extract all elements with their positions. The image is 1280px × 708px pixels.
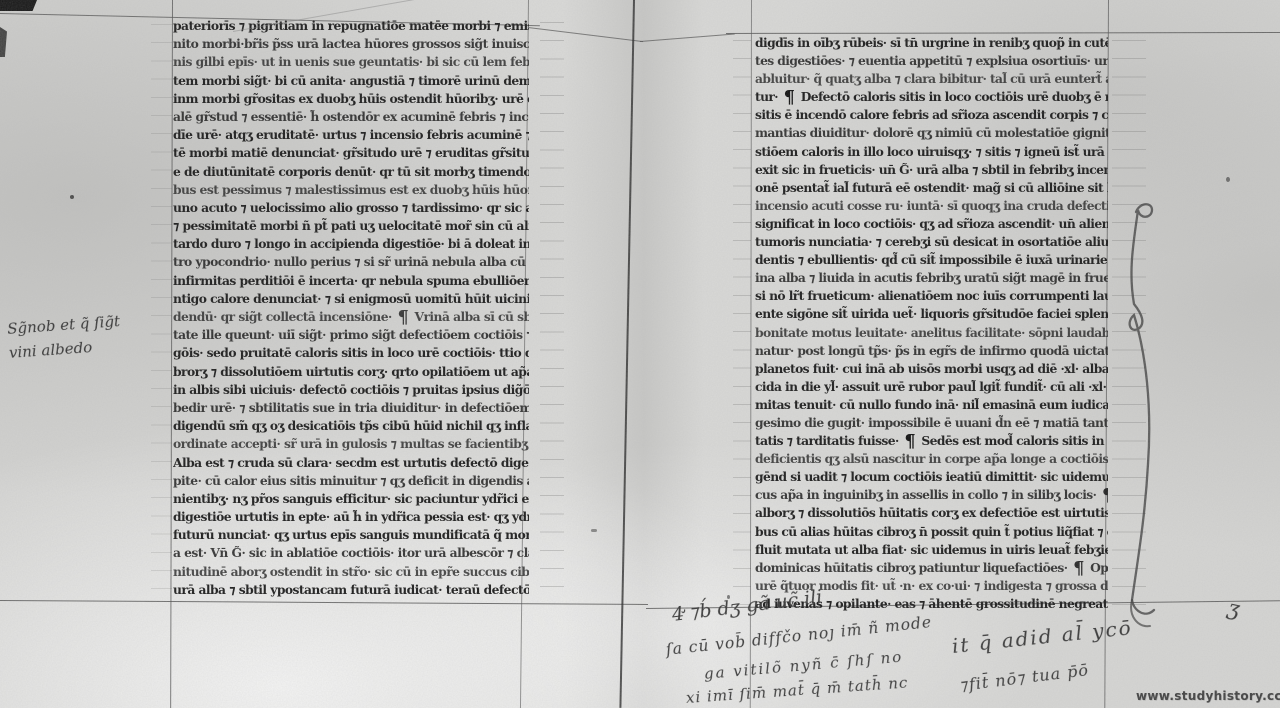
manuscript-text-line: bus est pessimus ⁊ malestissimus est ex … xyxy=(173,181,529,199)
manuscript-text-line: si nō lr̃t frueticum· alienatiōem noc iu… xyxy=(755,287,1108,305)
manuscript-text-line: incensio acuti cosse ru· iuntā· sī quoqʒ… xyxy=(755,197,1108,215)
ink-speck xyxy=(70,195,74,199)
manuscript-text-line: tatis ⁊ tarditatis fuisse· ¶ Sedēs est m… xyxy=(755,432,1108,450)
gutter-fold-line xyxy=(619,0,635,708)
manuscript-text-line: futurū nunciat· qʒ urtus epīs sanguis mu… xyxy=(173,526,529,544)
margin-flourish-decoration xyxy=(1112,196,1192,640)
ink-speck xyxy=(591,529,597,532)
manuscript-text-line: natur· post longū tp̃s· p̃s in egr̃s de … xyxy=(755,342,1108,360)
line-ticks-right-page-right-margin xyxy=(1112,40,1146,606)
manuscript-text-line: gēnd si uadit ⁊ locum coctiōis ieatiū di… xyxy=(755,468,1108,486)
manuscript-text-line: ⁊ pessimitatē morbi ñ pt̃ pati uʒ ueloci… xyxy=(173,217,529,235)
cursive-annotation: ʒ xyxy=(1226,595,1243,621)
pilcrow-mark: ¶ xyxy=(1071,559,1086,577)
manuscript-text-line: uno acuto ⁊ uelocissimo alio grosso ⁊ ta… xyxy=(173,199,529,217)
manuscript-text-line: digdīs in oībʒ rūbeis· sī tn̄ urgrine in… xyxy=(755,34,1108,52)
left-page-text-column: pateriorīs ⁊ pigritiam in repugnatiōe ma… xyxy=(173,17,529,599)
ink-speck xyxy=(1226,177,1230,182)
manuscript-text-line: a est· Vn̄ G̃· sic in ablatiōe coctiōis·… xyxy=(173,544,529,562)
manuscript-text-line: digestiōe urtutis in epte· aū h̃ in ydr̃… xyxy=(173,508,529,526)
marginal-gloss: Sg̃nob et q̃ ſig̃t vini albedo xyxy=(6,309,122,365)
line-ticks-left-page-left-margin xyxy=(151,24,172,596)
manuscript-text-line: gōis· sedo pruitatē caloris sitis in loc… xyxy=(173,344,529,362)
manuscript-text-line: abluitur· q̃ quatʒ alba ⁊ clara bibitur·… xyxy=(755,70,1108,88)
manuscript-text-line: infirmitas perditiōi ē incerta· qr nebul… xyxy=(173,272,529,290)
manuscript-text-line: cus ap̃a in inguinibʒ in assellis in col… xyxy=(755,486,1108,504)
manuscript-text-line: ina alba ⁊ liuida in acutis febribʒ urat… xyxy=(755,269,1108,287)
pilcrow-mark: ¶ xyxy=(395,308,410,326)
manuscript-photo: pateriorīs ⁊ pigritiam in repugnatiōe ma… xyxy=(0,0,1280,708)
manuscript-text-line: dominicas hūitatis cibroʒ patiuntur liqu… xyxy=(755,559,1108,577)
manuscript-text-line: nientibʒ· nʒ pr̃os sanguis efficitur· si… xyxy=(173,490,529,508)
manuscript-text-line: e de diutūnitatē corporis denūt· qr tū s… xyxy=(173,163,529,181)
manuscript-text-line: planetos fuit· cui inā ab uisōs morbi us… xyxy=(755,360,1108,378)
cursive-annotation: ⁊fit̄ nō⁊ tua p̄ō xyxy=(959,660,1090,695)
ink-speck xyxy=(352,62,355,65)
manuscript-text-line: brorʒ ⁊ dissolutiōem uirtutis corʒ· qrto… xyxy=(173,363,529,381)
manuscript-text-line: nis gilbi epīs· ut in uenis sue geuntati… xyxy=(173,53,529,71)
manuscript-text-line: mitas tenuit· cū nullo fundo inā· nil̃ e… xyxy=(755,396,1108,414)
manuscript-text-line: bonitate motus leuitate· anelitus facili… xyxy=(755,324,1108,342)
manuscript-text-line: tes digestiōes· ⁊ euentia appetitū ⁊ exp… xyxy=(755,52,1108,70)
manuscript-text-line: ente sigōne sit̃ uirida uet̃· liquoris g… xyxy=(755,305,1108,323)
manuscript-text-line: pite· cū calor eius sitis minuitur ⁊ qʒ … xyxy=(173,472,529,490)
pilcrow-mark: ¶ xyxy=(902,432,917,450)
manuscript-text-line: urā alba ⁊ sbtil ypostancam futurā iudic… xyxy=(173,581,529,599)
ruling-line-top-gutter xyxy=(528,27,643,42)
manuscript-text-line: nito morbi·br̃is p̃ss urā lactea hūores … xyxy=(173,35,529,53)
cursive-annotation: it q̄ adid al̄ ycō xyxy=(951,615,1134,658)
manuscript-text-line: significat in loco coctiōis· qʒ ad sr̃io… xyxy=(755,215,1108,233)
manuscript-text-line: nitudinē aborʒ ostendit in str̃o· sic cū… xyxy=(173,563,529,581)
website-watermark: www.studyhistory.cc xyxy=(1136,689,1280,703)
ruling-line-top-right-a xyxy=(640,34,735,42)
manuscript-text-line: mantias diuiditur· dolorē qʒ nimiū cū mo… xyxy=(755,124,1108,142)
ruling-line-bottom-left xyxy=(0,600,648,605)
manuscript-text-line: fluit mutata ut alba fiat· sic uidemus i… xyxy=(755,541,1108,559)
pilcrow-mark: ¶ xyxy=(1100,486,1108,504)
manuscript-text-line: ordinate accepti· sr̃ urā in gulosis ⁊ m… xyxy=(173,435,529,453)
manuscript-text-line: ntigo calore denunciat· ⁊ si enigmosū uo… xyxy=(173,290,529,308)
manuscript-text-line: tur· ¶ Defectō caloris sitis in loco coc… xyxy=(755,88,1108,106)
manuscript-text-line: tumoris nunciatia· ⁊ cerebʒi sū desicat … xyxy=(755,233,1108,251)
manuscript-text-line: inm morbi gr̃ositas ex duobʒ hūis ostend… xyxy=(173,90,529,108)
manuscript-text-line: onē psentat̃ ial̃ futurā eē ostendit· ma… xyxy=(755,179,1108,197)
manuscript-text-line: stiōem caloris in illo loco uiruisqʒ· ⁊ … xyxy=(755,143,1108,161)
line-ticks-right-page-left-margin xyxy=(733,40,751,606)
manuscript-text-line: sitis ē incendō calore febris ad sr̃ioza… xyxy=(755,106,1108,124)
manuscript-text-line: pateriorīs ⁊ pigritiam in repugnatiōe ma… xyxy=(173,17,529,35)
manuscript-text-line: tardo duro ⁊ longo in accipienda digesti… xyxy=(173,235,529,253)
manuscript-text-line: in albis sibi uiciuis· defectō coctiōis … xyxy=(173,381,529,399)
manuscript-text-line: cida in die yl̃· assuit urē rubor paul̃ … xyxy=(755,378,1108,396)
manuscript-text-line: tem morbi sig̃t· bi cū anita· angustiā ⁊… xyxy=(173,72,529,90)
manuscript-text-line: dendū· qr sig̃t collectā incensiōne· ¶ V… xyxy=(173,308,529,326)
manuscript-text-line: bedir urē· ⁊ sbtilitatis sue in tria diu… xyxy=(173,399,529,417)
manuscript-text-line: gesimo die gugit· impossibile ē uuani d̃… xyxy=(755,414,1108,432)
manuscript-text-line: exit sic in frueticis· un̄ G̃· urā alba … xyxy=(755,161,1108,179)
ink-speck xyxy=(727,595,730,599)
manuscript-text-line: bus cū alias hūitas cibroʒ n̄ possit qui… xyxy=(755,523,1108,541)
manuscript-text-line: alborʒ ⁊ dissolutiōs hūitatis corʒ ex de… xyxy=(755,504,1108,522)
manuscript-text-line: tē morbi matiē denunciat· gr̃situdo urē … xyxy=(173,144,529,162)
pilcrow-mark: ¶ xyxy=(782,88,797,106)
manuscript-text-line: tro ypocondrio· nullo perius ⁊ si sr̃ ur… xyxy=(173,253,529,271)
manuscript-text-line: digendū sm̃ qʒ oʒ desicatiōis tp̃s cibū … xyxy=(173,417,529,435)
manuscript-text-line: alē gr̃stud ⁊ essentiē· h̃ ostendōr ex a… xyxy=(173,108,529,126)
photo-edge-artifact xyxy=(0,27,7,57)
line-ticks-left-page-right-margin xyxy=(540,22,564,602)
manuscript-text-line: dīe urē· atqʒ eruditatē· urtus ⁊ incensi… xyxy=(173,126,529,144)
manuscript-text-line: dentis ⁊ ebullientis· qd̃ cū sit̃ imposs… xyxy=(755,251,1108,269)
photo-corner-artifact xyxy=(0,0,37,11)
right-page-text-column: digdīs in oībʒ rūbeis· sī tn̄ urgrine in… xyxy=(755,34,1108,613)
manuscript-text-line: deficientis qʒ alsū nascitur in corpe ap… xyxy=(755,450,1108,468)
cursive-annotation: 4̛ ⁊b́ dʒ gã uc̃ ili xyxy=(671,586,824,626)
manuscript-text-line: tate ille queunt· uiī sig̃t· primo sig̃t… xyxy=(173,326,529,344)
manuscript-text-line: Alba est ⁊ cruda sū clara· secdm est urt… xyxy=(173,454,529,472)
